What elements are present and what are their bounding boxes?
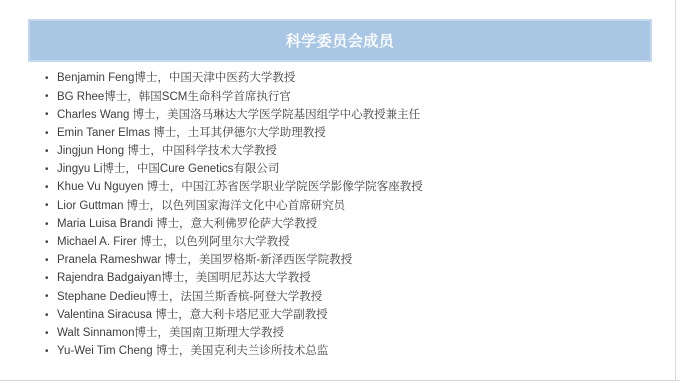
member-text: Pranela Rameshwar 博士，美国罗格斯-新泽西医学院教授 xyxy=(57,255,352,267)
bullet-icon: • xyxy=(45,311,57,321)
bullet-icon: • xyxy=(45,110,57,120)
list-item: •Yu-Wei Tim Cheng 博士，美国克利夫兰诊所技术总监 xyxy=(45,343,645,361)
member-text: Yu-Wei Tim Cheng 博士，美国克利夫兰诊所技术总监 xyxy=(57,346,328,358)
bullet-icon: • xyxy=(45,329,57,339)
bullet-icon: • xyxy=(45,92,57,102)
bullet-icon: • xyxy=(45,238,57,248)
bullet-icon: • xyxy=(45,256,57,266)
list-item: •Jingyu Li博士，中国Cure Genetics有限公司 xyxy=(45,161,645,179)
member-text: Jingyu Li博士，中国Cure Genetics有限公司 xyxy=(57,164,279,176)
member-text: Maria Luisa Brandi 博士，意大利佛罗伦萨大学教授 xyxy=(57,219,317,231)
list-item: •Walt Sinnamon博士，美国南卫斯理大学教授 xyxy=(45,325,645,343)
member-text: BG Rhee博士，韩国SCM生命科学首席执行官 xyxy=(57,92,291,104)
list-item: •Emin Taner Elmas 博士，土耳其伊德尔大学助理教授 xyxy=(45,125,645,143)
list-item: •Khue Vu Nguyen 博士，中国江苏省医学职业学院医学影像学院客座教授 xyxy=(45,179,645,197)
list-item: •Valentina Siracusa 博士，意大利卡塔尼亚大学副教授 xyxy=(45,306,645,324)
slide-frame-right-edge xyxy=(675,0,676,381)
bullet-icon: • xyxy=(45,183,57,193)
slide: 科学委员会成员 •Benjamin Feng博士，中国天津中医药大学教授 •BG… xyxy=(0,0,680,383)
member-text: Walt Sinnamon博士，美国南卫斯理大学教授 xyxy=(57,328,284,340)
member-text: Michael A. Firer 博士，以色列阿里尔大学教授 xyxy=(57,237,290,249)
member-text: Lior Guttman 博士，以色列国家海洋文化中心首席研究员 xyxy=(57,201,345,213)
bullet-icon: • xyxy=(45,129,57,139)
member-text: Valentina Siracusa 博士，意大利卡塔尼亚大学副教授 xyxy=(57,310,328,322)
list-item: •Michael A. Firer 博士，以色列阿里尔大学教授 xyxy=(45,234,645,252)
list-item: •Lior Guttman 博士，以色列国家海洋文化中心首席研究员 xyxy=(45,197,645,215)
bullet-icon: • xyxy=(45,147,57,157)
list-item: •Stephane Dedieu博士，法国兰斯香槟-阿登大学教授 xyxy=(45,288,645,306)
slide-title-bar: 科学委员会成员 xyxy=(28,19,652,62)
bullet-icon: • xyxy=(45,347,57,357)
list-item: •Benjamin Feng博士，中国天津中医药大学教授 xyxy=(45,70,645,88)
list-item: •BG Rhee博士，韩国SCM生命科学首席执行官 xyxy=(45,88,645,106)
member-text: Charles Wang 博士，美国洛马琳达大学医学院基因组学中心教授兼主任 xyxy=(57,110,420,122)
list-item: •Rajendra Badgaiyan博士，美国明尼苏达大学教授 xyxy=(45,270,645,288)
list-item: •Charles Wang 博士，美国洛马琳达大学医学院基因组学中心教授兼主任 xyxy=(45,106,645,124)
bullet-icon: • xyxy=(45,292,57,302)
page-title: 科学委员会成员 xyxy=(286,30,395,51)
member-text: Emin Taner Elmas 博士，土耳其伊德尔大学助理教授 xyxy=(57,128,326,140)
list-item: •Pranela Rameshwar 博士，美国罗格斯-新泽西医学院教授 xyxy=(45,252,645,270)
list-item: •Maria Luisa Brandi 博士，意大利佛罗伦萨大学教授 xyxy=(45,216,645,234)
member-text: Khue Vu Nguyen 博士，中国江苏省医学职业学院医学影像学院客座教授 xyxy=(57,182,423,194)
bullet-icon: • xyxy=(45,220,57,230)
member-text: Benjamin Feng博士，中国天津中医药大学教授 xyxy=(57,73,295,85)
slide-frame-bottom-edge xyxy=(0,380,680,381)
member-list: •Benjamin Feng博士，中国天津中医药大学教授 •BG Rhee博士，… xyxy=(45,70,645,361)
bullet-icon: • xyxy=(45,201,57,211)
member-text: Rajendra Badgaiyan博士，美国明尼苏达大学教授 xyxy=(57,273,311,285)
member-text: Stephane Dedieu博士，法国兰斯香槟-阿登大学教授 xyxy=(57,292,322,304)
bullet-icon: • xyxy=(45,165,57,175)
bullet-icon: • xyxy=(45,74,57,84)
list-item: •Jingjun Hong 博士，中国科学技术大学教授 xyxy=(45,143,645,161)
member-text: Jingjun Hong 博士，中国科学技术大学教授 xyxy=(57,146,277,158)
bullet-icon: • xyxy=(45,274,57,284)
